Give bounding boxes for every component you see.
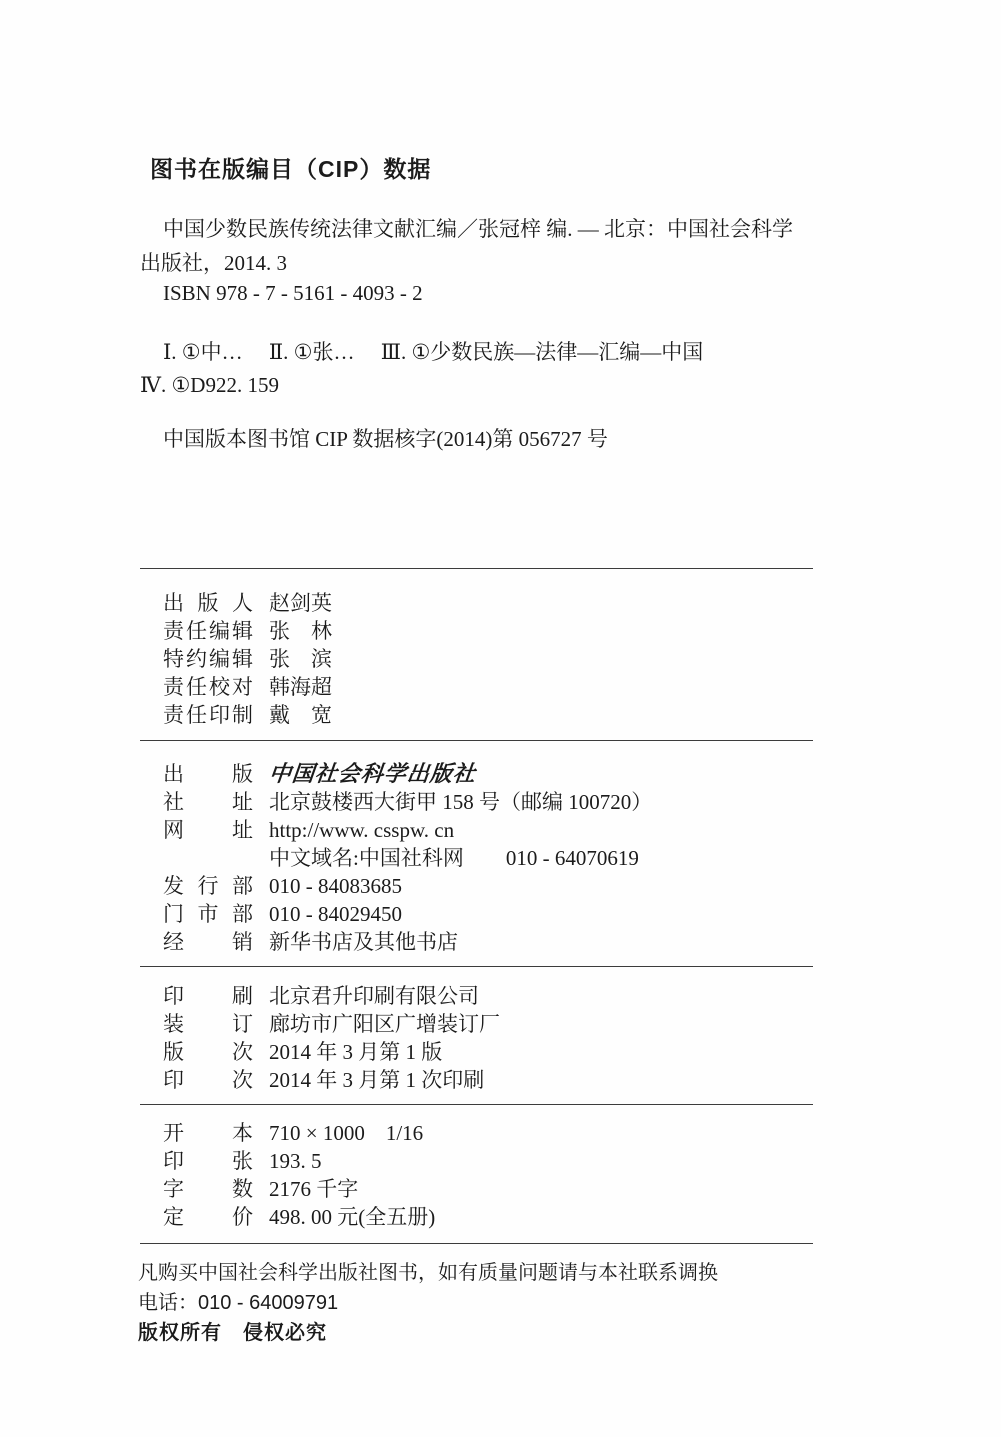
classification-line2: Ⅳ. ①D922. 159: [140, 369, 703, 402]
format-label: 定价: [163, 1203, 253, 1231]
book-copyright-page: { "cip": { "header": "图书在版编目（CIP）数据", "e…: [0, 0, 1001, 1437]
publisher-row-website: 网址http://www. csspw. cn: [163, 816, 652, 844]
publisher-table: 出版中国社会科学出版社 社址北京鼓楼西大街甲 158 号（邮编 100720） …: [163, 760, 652, 956]
cip-entry: 中国少数民族传统法律文献汇编／张冠梓 编. — 北京：中国社会科学 出版社，20…: [140, 212, 793, 280]
publisher-value: 新华书店及其他书店: [269, 930, 458, 954]
publisher-row-retail: 门市部010 - 84029450: [163, 900, 652, 928]
isbn-line: ISBN 978 - 7 - 5161 - 4093 - 2: [140, 281, 423, 306]
publisher-label: 出版: [163, 760, 253, 788]
printing-label: 印次: [163, 1066, 253, 1094]
quality-notice: 凡购买中国社会科学出版社图书，如有质量问题请与本社联系调换: [138, 1258, 718, 1288]
publisher-label: 发行部: [163, 872, 253, 900]
staff-label: 责任印制: [163, 701, 253, 729]
format-row-sheets: 印张193. 5: [163, 1147, 435, 1175]
format-value: 193. 5: [269, 1149, 322, 1173]
staff-row-publisher-person: 出版人赵剑英: [163, 589, 332, 617]
publisher-row-cn-domain: 中文域名:中国社科网 010 - 64070619: [163, 844, 652, 872]
staff-value: 赵剑英: [269, 591, 332, 615]
format-value: 498. 00 元(全五册): [269, 1205, 435, 1229]
publisher-value: 010 - 84083685: [269, 874, 402, 898]
publisher-row-sales: 经销新华书店及其他书店: [163, 928, 652, 956]
staff-label: 责任编辑: [163, 617, 253, 645]
printing-row-printer: 印刷北京君升印刷有限公司: [163, 982, 500, 1010]
format-table: 开本710 × 1000 1/16 印张193. 5 字数2176 千字 定价4…: [163, 1119, 435, 1231]
printing-row-binding: 装订廊坊市广阳区广增装订厂: [163, 1010, 500, 1038]
copyright-notice: 版权所有 侵权必究: [138, 1318, 718, 1348]
printing-value: 廊坊市广阳区广增装订厂: [269, 1012, 500, 1036]
press-logo-script: 中国社会科学出版社: [268, 760, 478, 788]
format-row-size: 开本710 × 1000 1/16: [163, 1119, 435, 1147]
cip-entry-line2: 出版社，2014. 3: [140, 246, 793, 280]
divider-4: [140, 1104, 813, 1105]
printing-row-impression: 印次2014 年 3 月第 1 次印刷: [163, 1066, 500, 1094]
cip-entry-line1: 中国少数民族传统法律文献汇编／张冠梓 编. — 北京：中国社会科学: [140, 212, 793, 246]
printing-row-edition: 版次2014 年 3 月第 1 版: [163, 1038, 500, 1066]
staff-row-print-supervisor: 责任印制戴 宽: [163, 701, 332, 729]
publisher-row-press: 出版中国社会科学出版社: [163, 760, 652, 788]
publisher-label: 社址: [163, 788, 253, 816]
publisher-value: http://www. csspw. cn: [269, 818, 454, 842]
publisher-row-address: 社址北京鼓楼西大街甲 158 号（邮编 100720）: [163, 788, 652, 816]
staff-row-editor: 责任编辑张 林: [163, 617, 332, 645]
format-value: 710 × 1000 1/16: [269, 1121, 423, 1145]
printing-value: 北京君升印刷有限公司: [269, 984, 479, 1008]
staff-value: 戴 宽: [269, 703, 332, 727]
classification-line1: Ⅰ. ①中… Ⅱ. ①张… Ⅲ. ①少数民族—法律—汇编—中国: [140, 336, 703, 369]
format-label: 字数: [163, 1175, 253, 1203]
divider-1: [140, 568, 813, 569]
staff-label: 特约编辑: [163, 645, 253, 673]
format-row-price: 定价498. 00 元(全五册): [163, 1203, 435, 1231]
divider-3: [140, 966, 813, 967]
format-label: 印张: [163, 1147, 253, 1175]
format-row-wordcount: 字数2176 千字: [163, 1175, 435, 1203]
staff-label: 出版人: [163, 589, 253, 617]
divider-5: [140, 1243, 813, 1244]
format-label: 开本: [163, 1119, 253, 1147]
staff-label: 责任校对: [163, 673, 253, 701]
service-phone: 电话：010 - 64009791: [138, 1288, 718, 1318]
printing-label: 印刷: [163, 982, 253, 1010]
printing-table: 印刷北京君升印刷有限公司 装订廊坊市广阳区广增装订厂 版次2014 年 3 月第…: [163, 982, 500, 1094]
publisher-label: 门市部: [163, 900, 253, 928]
format-value: 2176 千字: [269, 1177, 358, 1201]
publisher-label: 网址: [163, 816, 253, 844]
staff-row-proofreader: 责任校对韩海超: [163, 673, 332, 701]
staff-value: 张 林: [269, 619, 332, 643]
staff-row-special-editor: 特约编辑张 滨: [163, 645, 332, 673]
divider-2: [140, 740, 813, 741]
cip-record-line: 中国版本图书馆 CIP 数据核字(2014)第 056727 号: [140, 423, 608, 453]
printing-value: 2014 年 3 月第 1 次印刷: [269, 1068, 484, 1092]
staff-value: 张 滨: [269, 647, 332, 671]
staff-table: 出版人赵剑英 责任编辑张 林 特约编辑张 滨 责任校对韩海超 责任印制戴 宽: [163, 589, 332, 729]
publisher-row-distribution: 发行部010 - 84083685: [163, 872, 652, 900]
printing-label: 装订: [163, 1010, 253, 1038]
cip-classification: Ⅰ. ①中… Ⅱ. ①张… Ⅲ. ①少数民族—法律—汇编—中国 Ⅳ. ①D922…: [140, 336, 703, 402]
publisher-value: 中文域名:中国社科网 010 - 64070619: [269, 846, 639, 870]
printing-value: 2014 年 3 月第 1 版: [269, 1040, 442, 1064]
publisher-label: 经销: [163, 928, 253, 956]
printing-label: 版次: [163, 1038, 253, 1066]
publisher-value: 010 - 84029450: [269, 902, 402, 926]
staff-value: 韩海超: [269, 675, 332, 699]
cip-header-title: 图书在版编目（CIP）数据: [150, 151, 431, 184]
footer: 凡购买中国社会科学出版社图书，如有质量问题请与本社联系调换 电话：010 - 6…: [138, 1258, 718, 1348]
publisher-value: 北京鼓楼西大街甲 158 号（邮编 100720）: [269, 790, 652, 814]
